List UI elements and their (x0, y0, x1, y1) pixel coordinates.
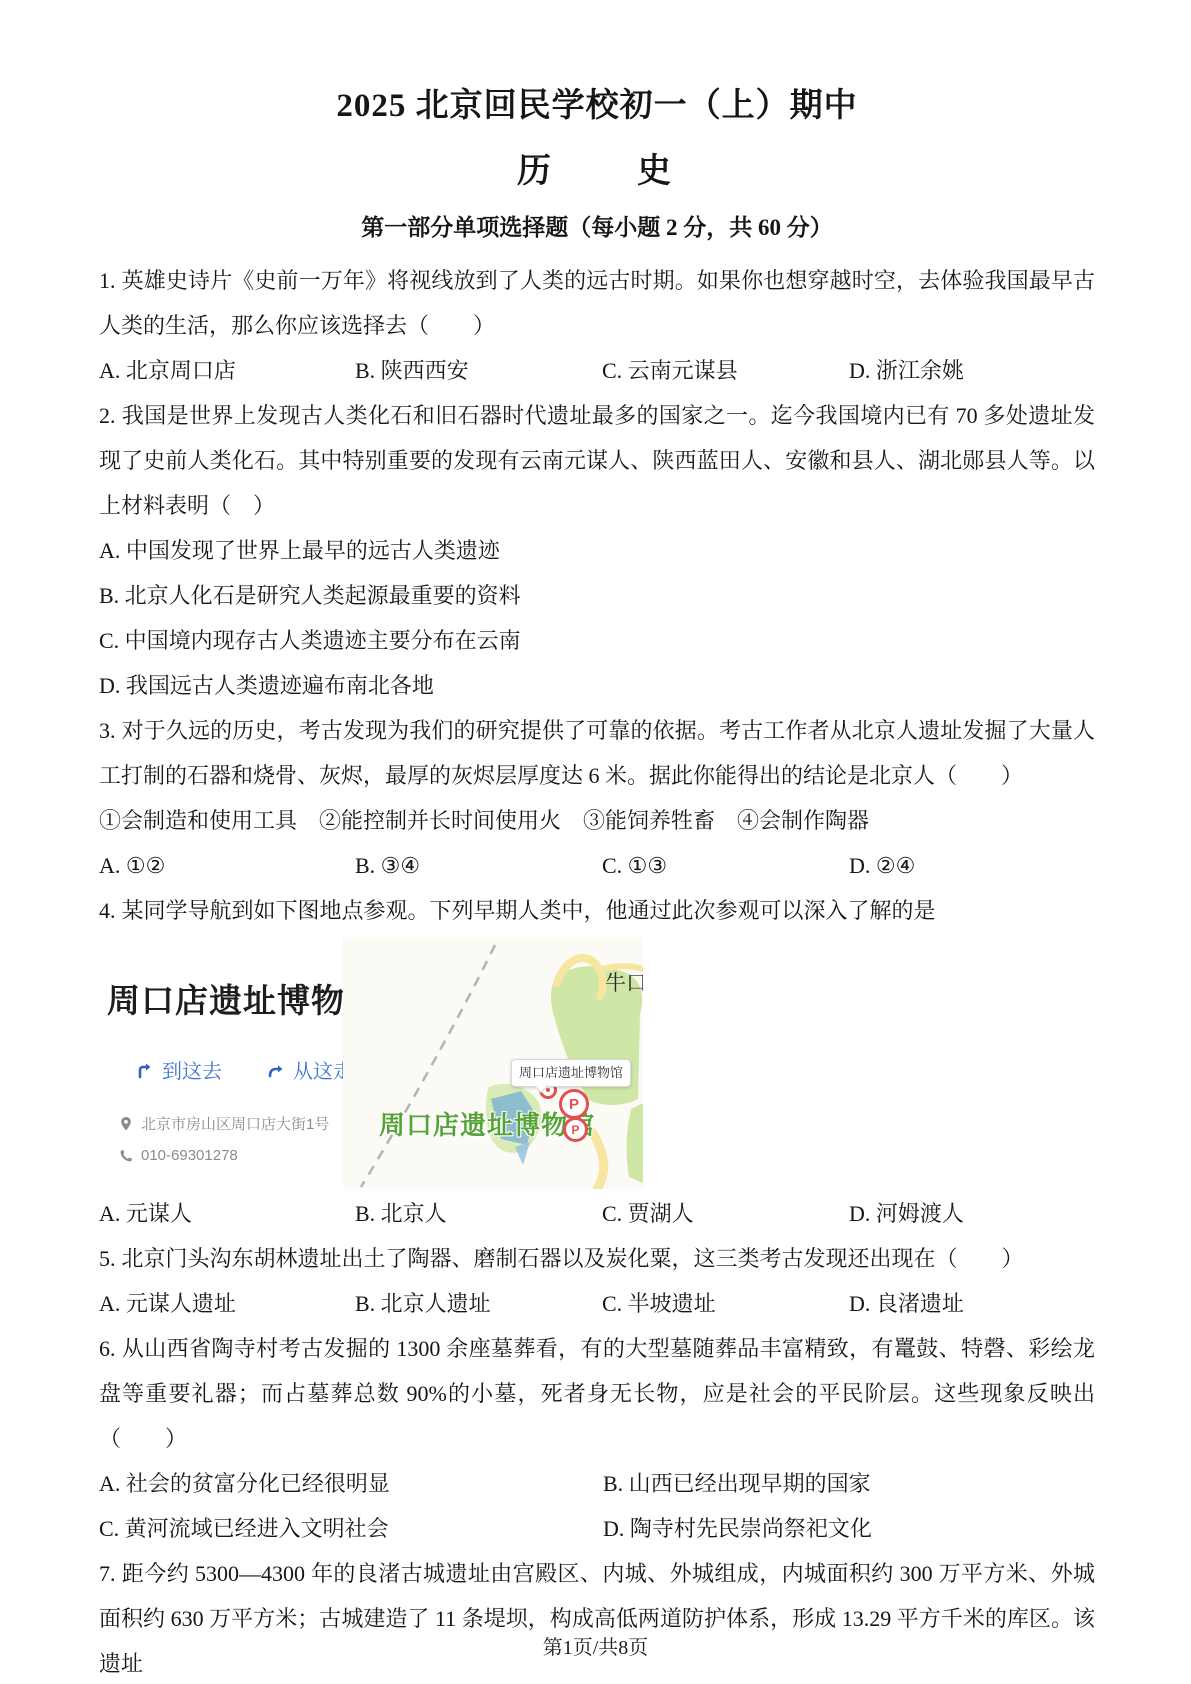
question-2: 2.我国是世界上发现古人类化石和旧石器时代遗址最多的国家之一。迄今我国境内已有 … (99, 393, 1095, 708)
question-number: 2. (99, 403, 116, 428)
option-a: A. 元谋人 (99, 1191, 355, 1236)
option-d: D. 良渚遗址 (849, 1281, 1095, 1326)
map-tooltip: 周口店遗址博物馆 (511, 1059, 631, 1087)
question-stem: 5.北京门头沟东胡林遗址出土了陶器、磨制石器以及炭化粟，这三类考古发现还出现在（… (99, 1236, 1095, 1281)
question-5: 5.北京门头沟东胡林遗址出土了陶器、磨制石器以及炭化粟，这三类考古发现还出现在（… (99, 1236, 1095, 1326)
option-d: D. ②④ (849, 843, 1095, 888)
option-c: C. ①③ (602, 843, 849, 888)
option-c: C. 云南元谋县 (602, 348, 849, 393)
location-pin-icon (119, 1116, 133, 1132)
question-4: 4.某同学导航到如下图地点参观。下列早期人类中，他通过此次参观可以深入了解的是 … (99, 888, 1095, 1236)
option-d: D. 浙江余姚 (849, 348, 1095, 393)
options-grid: A. 社会的贫富分化已经很明显 B. 山西已经出现早期的国家 C. 黄河流域已经… (99, 1461, 1095, 1551)
museum-title: 周口店遗址博物馆 (107, 975, 379, 1022)
from-here-link: 从这走 (266, 1055, 353, 1084)
question-stem: 1.英雄史诗片《史前一万年》将视线放到了人类的远古时期。如果你也想穿越时空，去体… (99, 258, 1095, 348)
options-row: A. 北京周口店 B. 陕西西安 C. 云南元谋县 D. 浙江余姚 (99, 348, 1095, 393)
option-c: C. 黄河流域已经进入文明社会 (99, 1506, 603, 1551)
options-row: A. 元谋人 B. 北京人 C. 贾湖人 D. 河姆渡人 (99, 1191, 1095, 1236)
address-text: 北京市房山区周口店大街1号 (141, 1113, 329, 1134)
go-here-label: 到这去 (162, 1055, 222, 1084)
options-row: A. ①② B. ③④ C. ①③ D. ②④ (99, 843, 1095, 888)
question-text: 北京门头沟东胡林遗址出土了陶器、磨制石器以及炭化粟，这三类考古发现还出现在（ ） (122, 1246, 1024, 1271)
option-c: C. 中国境内现存古人类遗迹主要分布在云南 (99, 618, 1095, 663)
question-text: 某同学导航到如下图地点参观。下列早期人类中，他通过此次参观可以深入了解的是 (122, 898, 936, 923)
page-number: 第1页/共8页 (0, 1631, 1191, 1660)
direction-right-icon (266, 1060, 286, 1080)
options-row: A. 元谋人遗址 B. 北京人遗址 C. 半坡遗址 D. 良渚遗址 (99, 1281, 1095, 1326)
parking-badge-icon: P (563, 1117, 588, 1142)
question-1: 1.英雄史诗片《史前一万年》将视线放到了人类的远古时期。如果你也想穿越时空，去体… (99, 258, 1095, 393)
phone-row: 010-69301278 (119, 1147, 238, 1164)
section-heading: 第一部分单项选择题（每小题 2 分，共 60 分） (99, 212, 1095, 244)
question-text: 英雄史诗片《史前一万年》将视线放到了人类的远古时期。如果你也想穿越时空，去体验我… (99, 268, 1095, 338)
question-stem: 4.某同学导航到如下图地点参观。下列早期人类中，他通过此次参观可以深入了解的是 (99, 888, 1095, 933)
option-b: B. 北京人化石是研究人类起源最重要的资料 (99, 573, 1095, 618)
question-number: 5. (99, 1246, 116, 1271)
question-stem: 7.距今约 5300—4300 年的良渚古城遗址由宫殿区、内城、外城组成，内城面… (99, 1551, 1095, 1684)
question-6: 6.从山西省陶寺村考古发掘的 1300 余座墓葬看，有的大型墓随葬品丰富精致，有… (99, 1326, 1095, 1551)
page-title: 2025 北京回民学校初一（上）期中 (99, 84, 1095, 128)
question-number: 1. (99, 268, 116, 293)
question-7: 7.距今约 5300—4300 年的良渚古城遗址由宫殿区、内城、外城组成，内城面… (99, 1551, 1095, 1684)
option-a: A. 中国发现了世界上最早的远古人类遗迹 (99, 528, 1095, 573)
option-b: B. 北京人遗址 (355, 1281, 602, 1326)
exam-page: 2025 北京回民学校初一（上）期中 历 史 第一部分单项选择题（每小题 2 分… (0, 0, 1191, 1684)
question-text: 对于久远的历史，考古发现为我们的研究提供了可靠的依据。考古工作者从北京人遗址发掘… (99, 718, 1095, 788)
address-row: 北京市房山区周口店大街1号 (119, 1113, 329, 1134)
option-a: A. 社会的贫富分化已经很明显 (99, 1461, 603, 1506)
question-number: 6. (99, 1336, 116, 1361)
question-subitems: ①会制造和使用工具 ②能控制并长时间使用火 ③能饲养牲畜 ④会制作陶器 (99, 798, 1095, 843)
question-stem: 2.我国是世界上发现古人类化石和旧石器时代遗址最多的国家之一。迄今我国境内已有 … (99, 393, 1095, 528)
phone-text: 010-69301278 (141, 1147, 238, 1164)
map-figure: 周口店遗址博物馆 到这去 从这走 (95, 937, 643, 1189)
map-canvas: 牛口 周口店遗址博物馆 周口店遗址博物馆 P P (343, 937, 643, 1189)
map-tooltip-label: 周口店遗址博物馆 (519, 1065, 623, 1080)
question-number: 4. (99, 898, 116, 923)
question-text: 我国是世界上发现古人类化石和旧石器时代遗址最多的国家之一。迄今我国境内已有 70… (99, 403, 1095, 518)
map-action-links: 到这去 从这走 (135, 1055, 353, 1084)
parking-badge-icon: P (559, 1089, 589, 1119)
option-b: B. ③④ (355, 843, 602, 888)
map-place-label: 牛口 (605, 967, 643, 997)
option-a: A. 北京周口店 (99, 348, 355, 393)
option-b: B. 北京人 (355, 1191, 602, 1236)
page-content: 2025 北京回民学校初一（上）期中 历 史 第一部分单项选择题（每小题 2 分… (0, 0, 1191, 1684)
phone-icon (119, 1149, 133, 1163)
option-d: D. 我国远古人类遗迹遍布南北各地 (99, 663, 1095, 708)
option-c: C. 半坡遗址 (602, 1281, 849, 1326)
option-b: B. 陕西西安 (355, 348, 602, 393)
direction-up-icon (135, 1060, 155, 1080)
option-d: D. 陶寺村先民崇尚祭祀文化 (603, 1506, 1095, 1551)
question-number: 3. (99, 718, 116, 743)
question-stem: 3.对于久远的历史，考古发现为我们的研究提供了可靠的依据。考古工作者从北京人遗址… (99, 708, 1095, 798)
question-number: 7. (99, 1561, 116, 1586)
option-c: C. 贾湖人 (602, 1191, 849, 1236)
go-here-link: 到这去 (135, 1055, 222, 1084)
option-d: D. 河姆渡人 (849, 1191, 1095, 1236)
option-a: A. ①② (99, 843, 355, 888)
subject-title: 历 史 (99, 150, 1095, 194)
question-text: 从山西省陶寺村考古发掘的 1300 余座墓葬看，有的大型墓随葬品丰富精致，有鼍鼓… (99, 1336, 1095, 1451)
question-3: 3.对于久远的历史，考古发现为我们的研究提供了可靠的依据。考古工作者从北京人遗址… (99, 708, 1095, 888)
question-stem: 6.从山西省陶寺村考古发掘的 1300 余座墓葬看，有的大型墓随葬品丰富精致，有… (99, 1326, 1095, 1461)
option-a: A. 元谋人遗址 (99, 1281, 355, 1326)
option-b: B. 山西已经出现早期的国家 (603, 1461, 1095, 1506)
options-stack: A. 中国发现了世界上最早的远古人类遗迹 B. 北京人化石是研究人类起源最重要的… (99, 528, 1095, 708)
